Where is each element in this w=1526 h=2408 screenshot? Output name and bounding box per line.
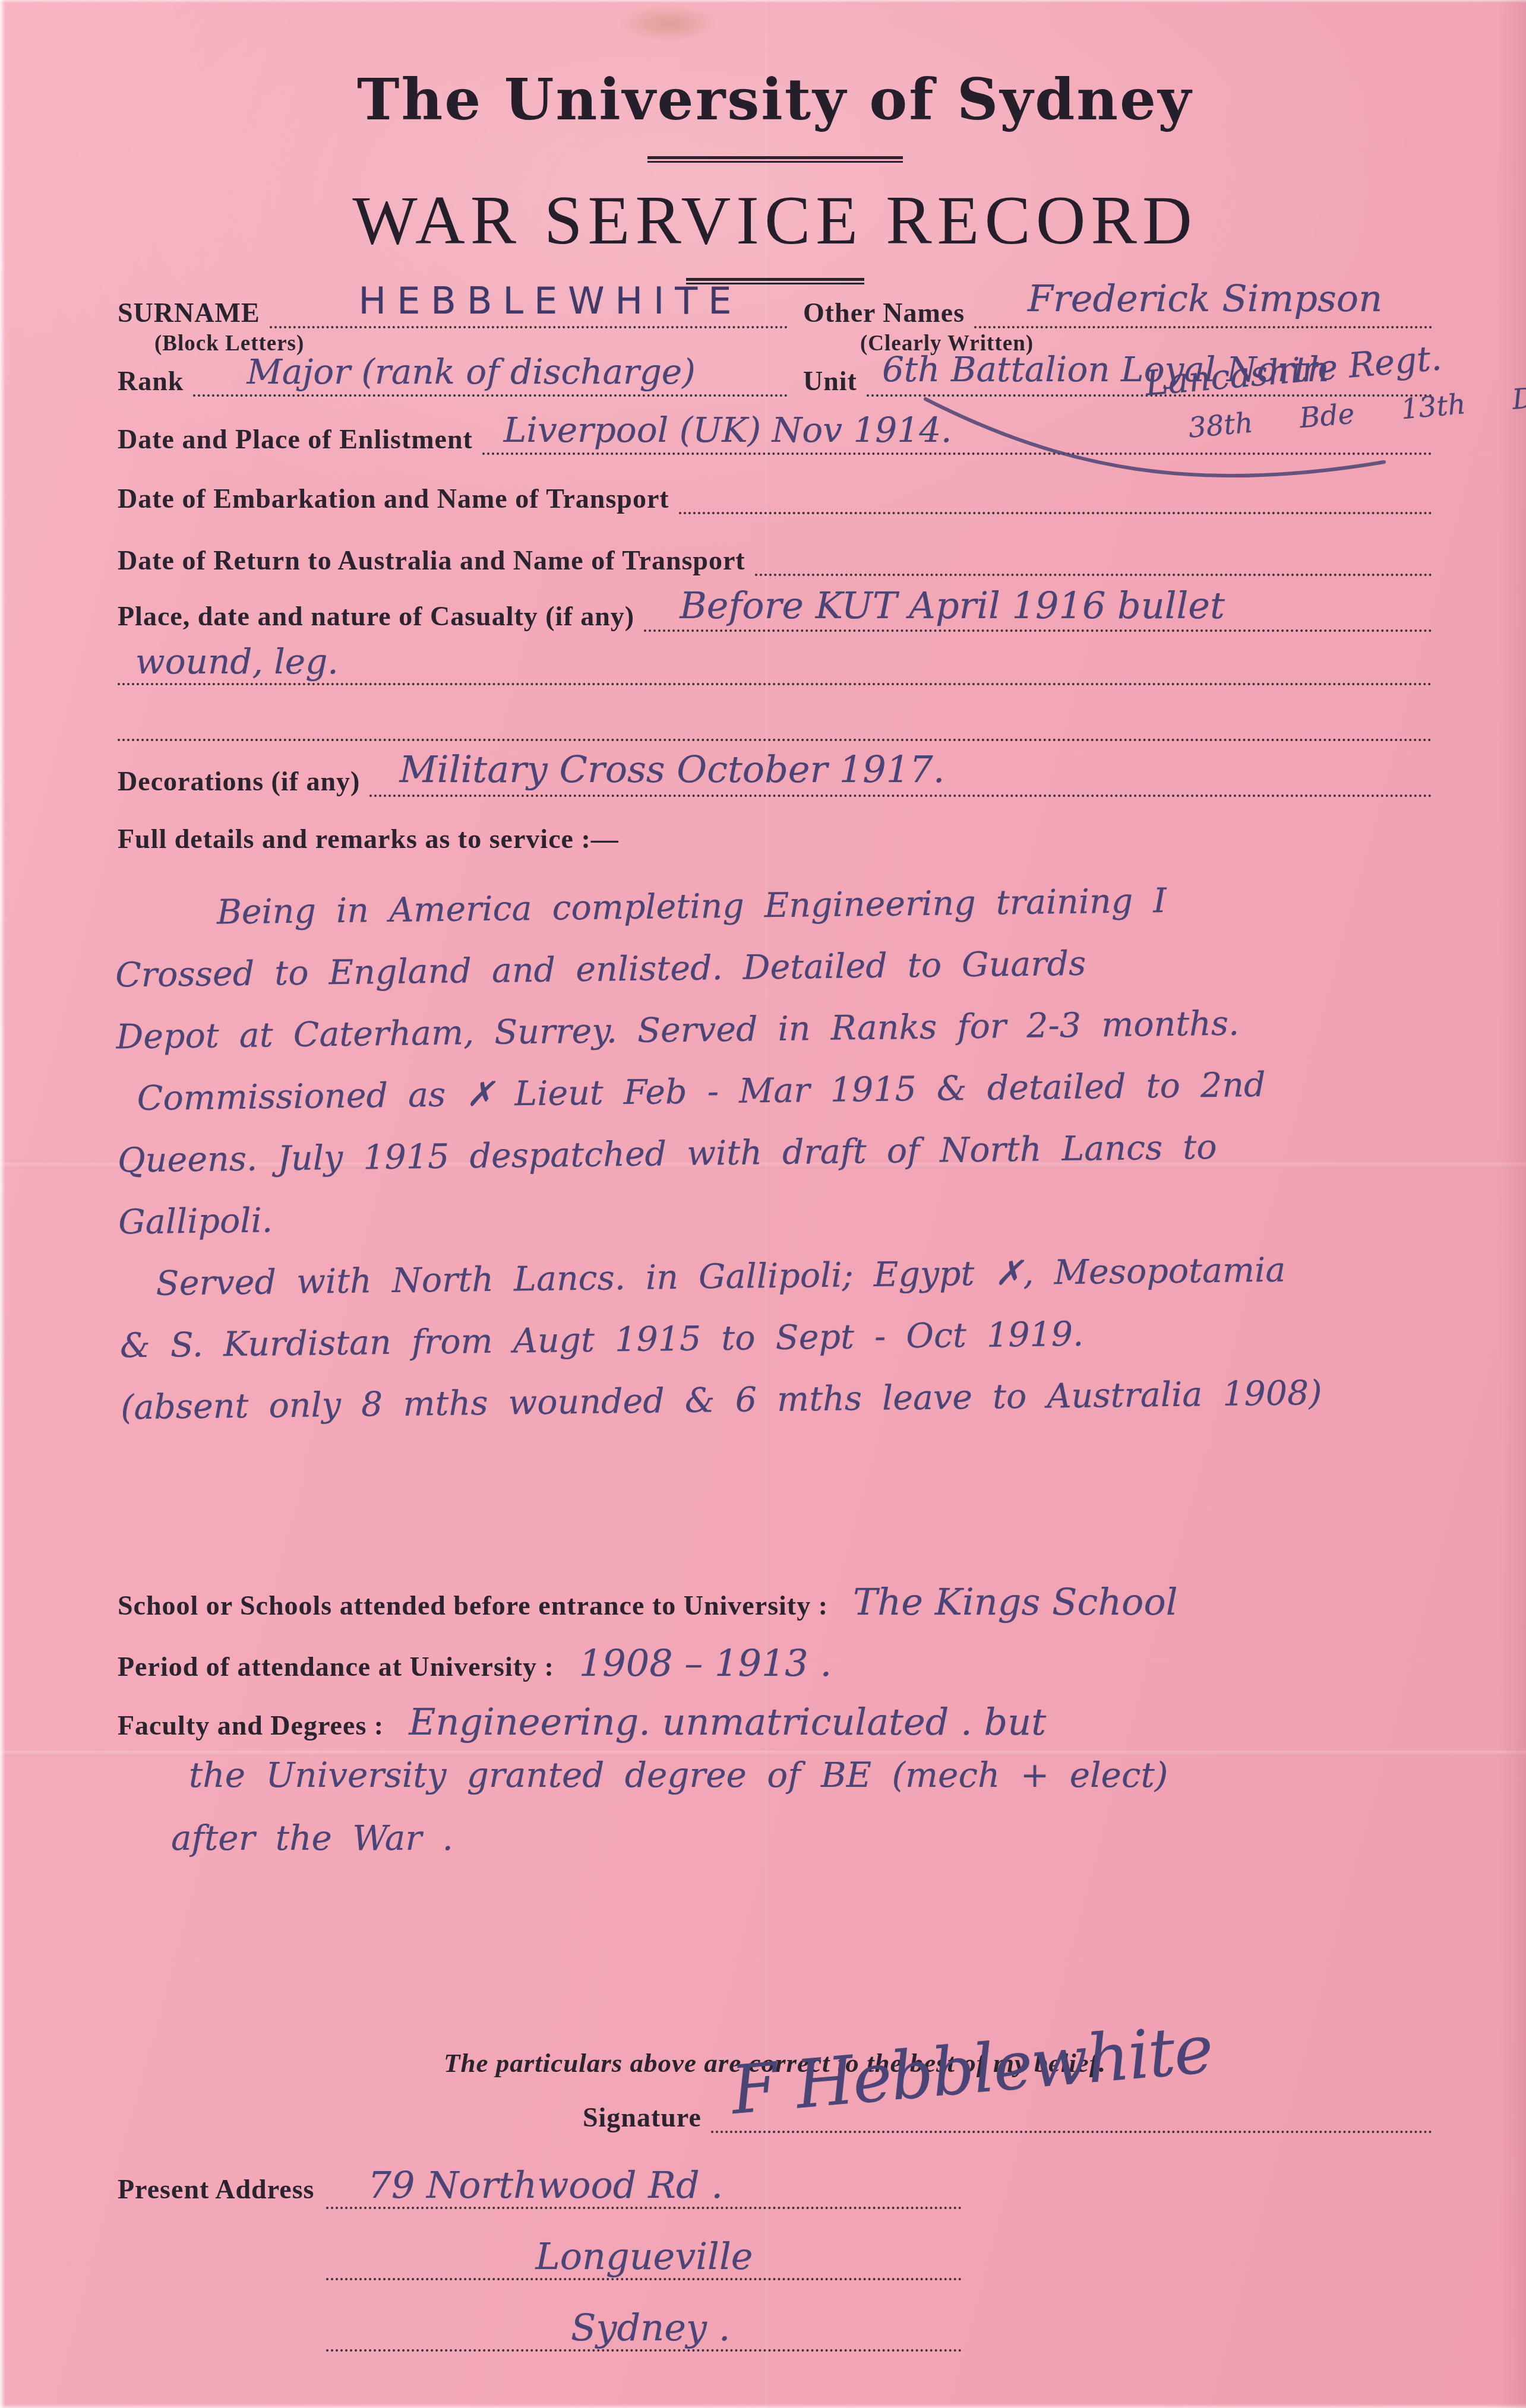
service-details-handwriting: Being in America completing Engineering … <box>114 866 1435 1438</box>
rank-value: Major (rank of discharge) <box>247 352 695 392</box>
other-names-label: Other Names <box>803 297 965 328</box>
enlistment-value: Liverpool (UK) Nov 1914. <box>504 410 952 450</box>
enlistment-label: Date and Place of Enlistment <box>118 423 473 455</box>
decorations-entry-line: Military Cross October 1917. <box>369 757 1432 797</box>
casualty-value: Before KUT April 1916 bullet <box>680 584 1225 627</box>
school-row: School or Schools attended before entran… <box>118 1580 1432 1624</box>
rank-label: Rank <box>118 365 184 397</box>
service-details-label: Full details and remarks as to service :… <box>118 824 619 854</box>
address-entry-line: 79 Northwood Rd . <box>326 2138 962 2209</box>
faculty-value: Engineering. unmatriculated . but <box>409 1700 1046 1743</box>
attendance-row: Period of attendance at University : 190… <box>118 1641 1432 1685</box>
address-value-line1: 79 Northwood Rd . <box>368 2163 723 2207</box>
attendance-value: 1908 – 1913 . <box>579 1641 832 1685</box>
blank-entry-line <box>118 703 1432 741</box>
university-title: The University of Sydney <box>118 70 1432 130</box>
embarkation-row: Date of Embarkation and Name of Transpor… <box>118 474 1432 514</box>
form-title: WAR SERVICE RECORD <box>118 185 1432 258</box>
attendance-label: Period of attendance at University : <box>118 1651 554 1682</box>
other-names-value: Frederick Simpson <box>1028 277 1382 320</box>
casualty-row: Place, date and nature of Casualty (if a… <box>118 591 1432 632</box>
signature-row: Signature F Hebblewhite <box>583 2087 1432 2133</box>
address-label: Present Address <box>118 2138 314 2352</box>
signature-label: Signature <box>583 2102 702 2133</box>
embarkation-label: Date of Embarkation and Name of Transpor… <box>118 483 669 514</box>
unit-label: Unit <box>803 365 857 397</box>
faculty-label: Faculty and Degrees : <box>118 1710 384 1741</box>
faculty-value-line3: after the War . <box>171 1806 1432 1869</box>
decorations-row: Decorations (if any) Military Cross Octo… <box>118 757 1432 797</box>
school-value: The Kings School <box>853 1580 1178 1624</box>
decorations-label: Decorations (if any) <box>118 765 360 797</box>
return-transport-row: Date of Return to Australia and Name of … <box>118 536 1432 576</box>
embarkation-entry-line <box>679 474 1432 514</box>
school-label: School or Schools attended before entran… <box>118 1590 828 1621</box>
surname-entry-line: HEBBLEWHITE <box>270 288 788 328</box>
surname-other-names-row: SURNAME HEBBLEWHITE (Block Letters) Othe… <box>118 288 1432 356</box>
rank-entry-line: Major (rank of discharge) <box>193 356 788 397</box>
address-entry-line: Sydney . <box>326 2280 962 2352</box>
war-service-record-document: The University of Sydney WAR SERVICE REC… <box>0 0 1526 2408</box>
casualty-entry-line: Before KUT April 1916 bullet <box>644 591 1432 632</box>
address-row: Present Address 79 Northwood Rd . Longue… <box>118 2138 1432 2352</box>
return-transport-label: Date of Return to Australia and Name of … <box>118 545 745 576</box>
title-divider <box>647 156 903 163</box>
address-entry-lines: 79 Northwood Rd . Longueville Sydney . <box>326 2138 962 2352</box>
signature-entry-line: F Hebblewhite <box>711 2087 1432 2133</box>
casualty-entry-line-2: wound, leg. <box>118 647 1432 685</box>
casualty-label: Place, date and nature of Casualty (if a… <box>118 600 634 632</box>
other-names-entry-line: Frederick Simpson <box>974 288 1432 328</box>
decorations-value: Military Cross October 1917. <box>399 748 944 791</box>
surname-value: HEBBLEWHITE <box>359 279 743 322</box>
address-entry-line: Longueville <box>326 2209 962 2280</box>
faculty-value-line2: the University granted degree of BE (mec… <box>189 1743 1432 1806</box>
signature-value: F Hebblewhite <box>728 2010 1215 2129</box>
surname-label: SURNAME <box>118 297 260 328</box>
casualty-value-line2: wound, leg. <box>135 641 339 682</box>
address-value-line3: Sydney . <box>571 2306 730 2349</box>
return-transport-entry-line <box>755 536 1432 576</box>
faculty-row: Faculty and Degrees : Engineering. unmat… <box>118 1700 1432 1743</box>
address-value-line2: Longueville <box>536 2235 753 2278</box>
